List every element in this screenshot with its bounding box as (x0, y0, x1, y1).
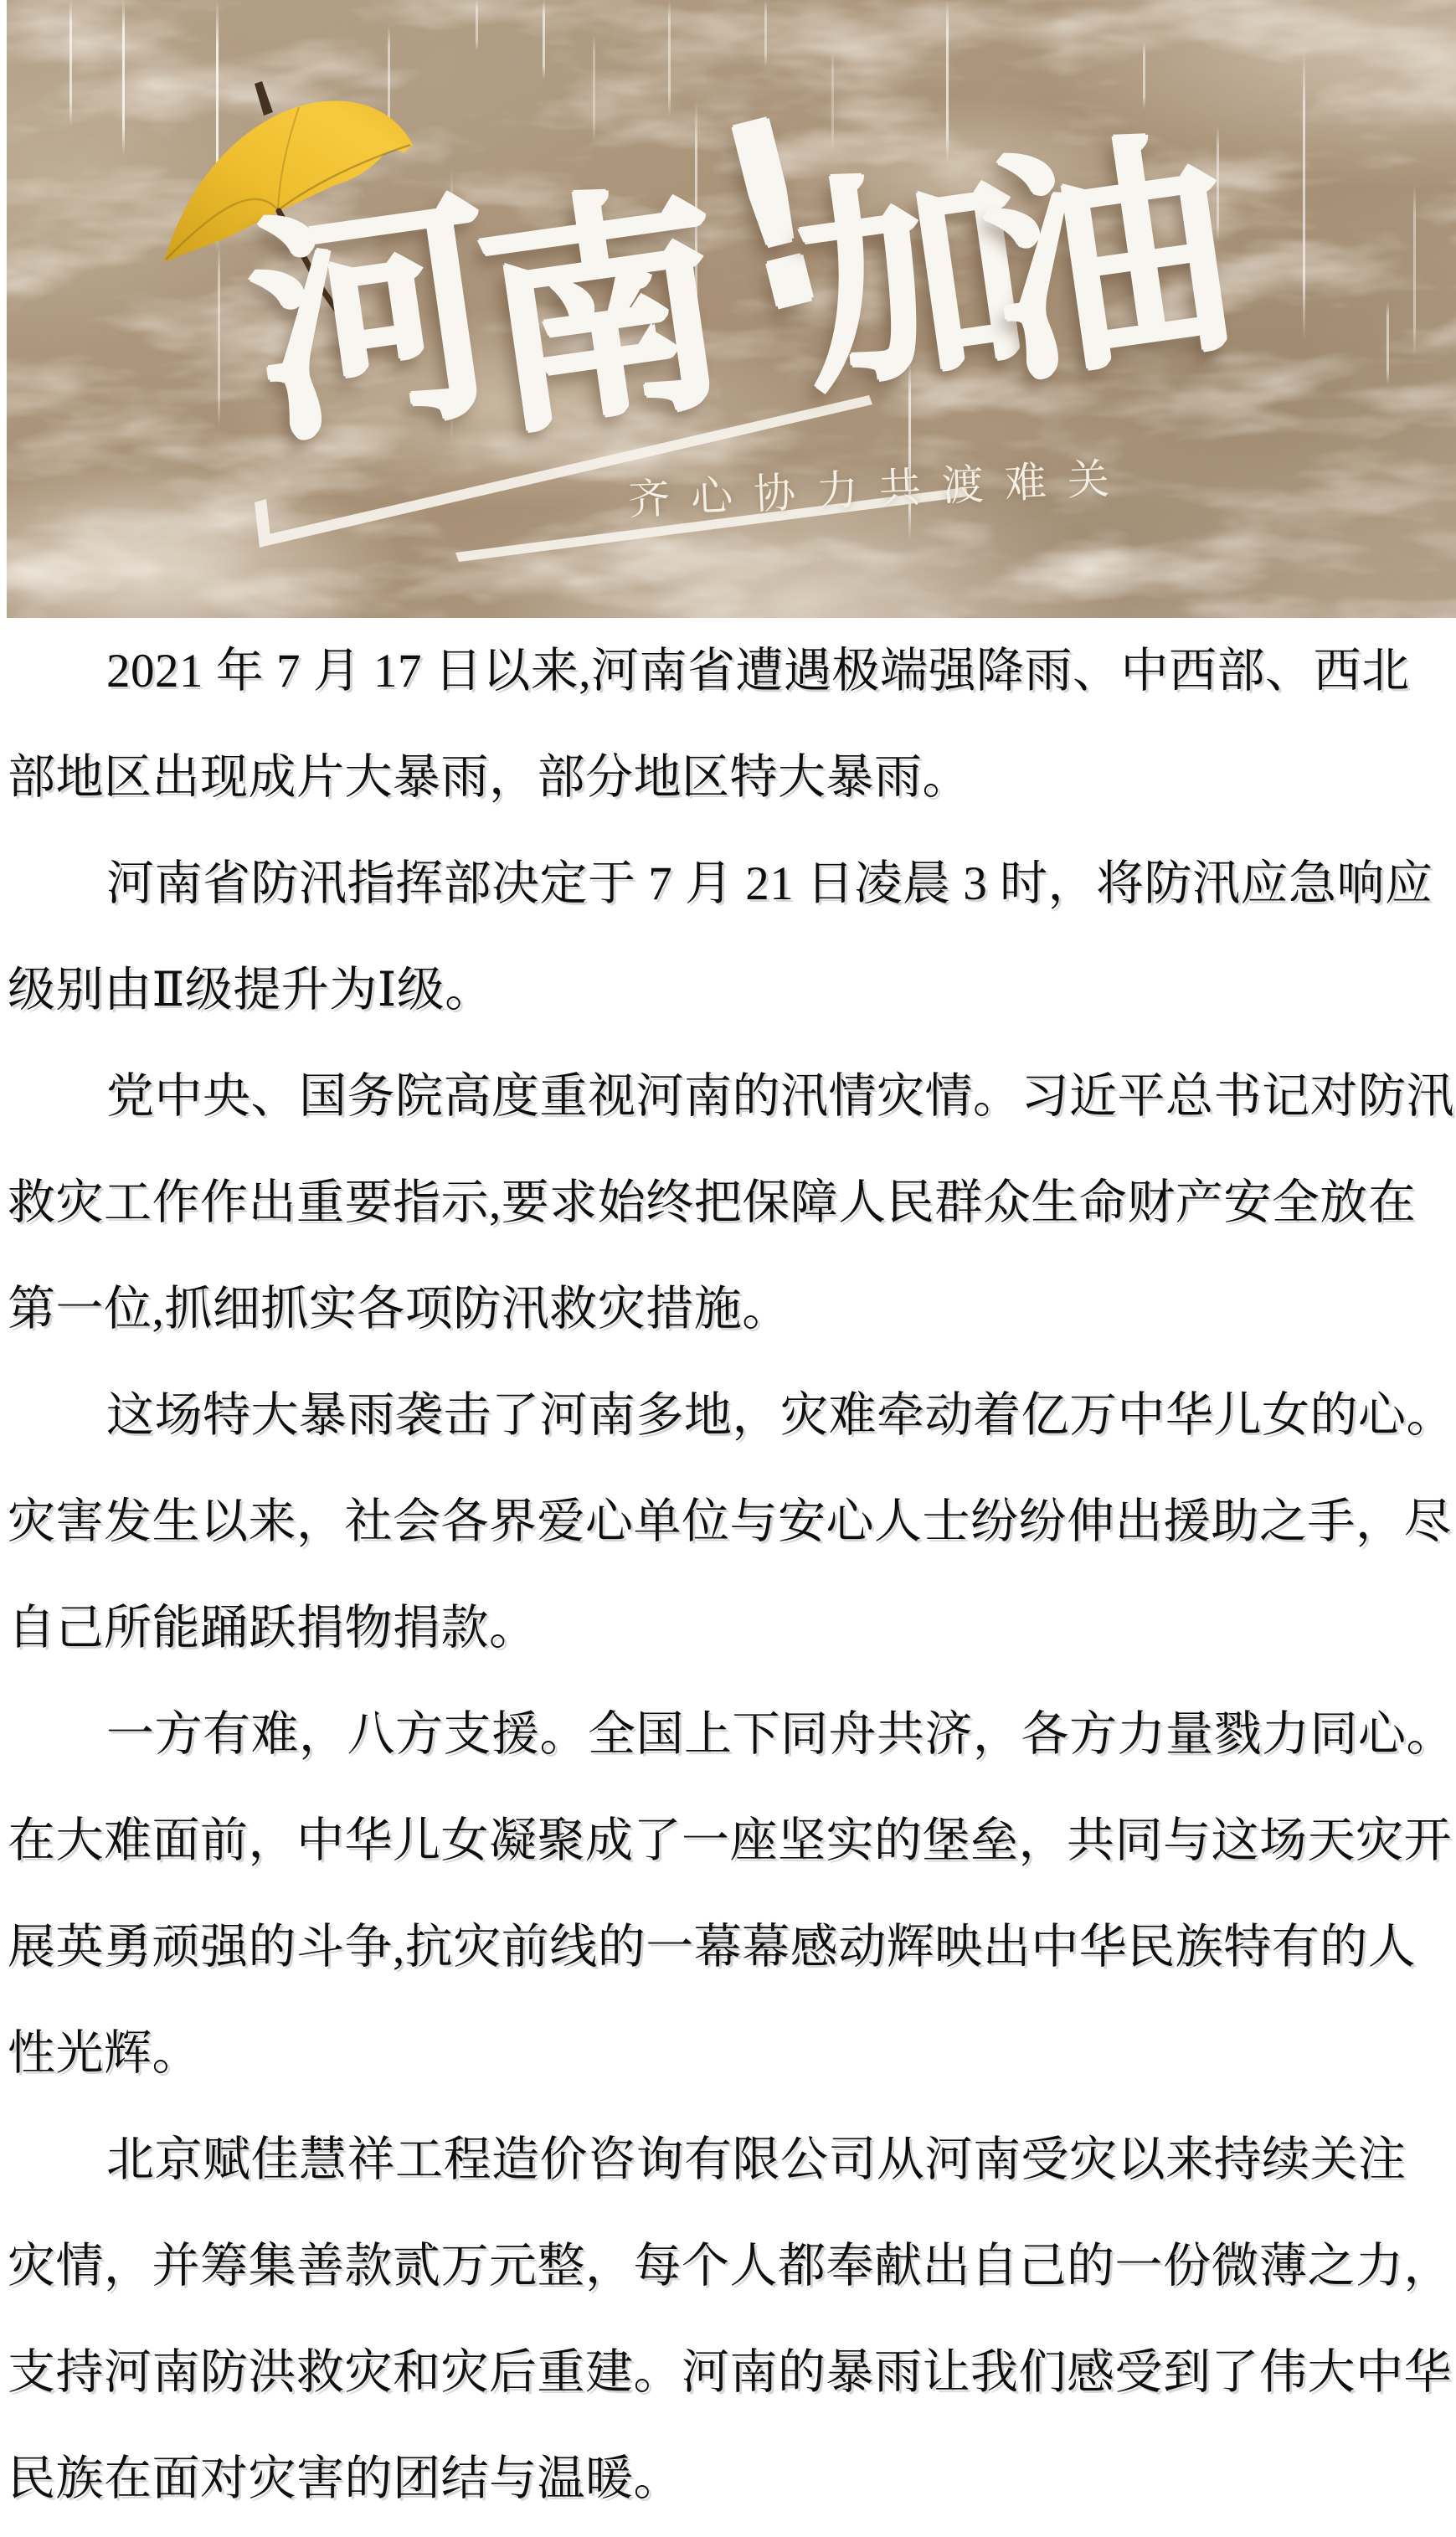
article-line: 河南省防汛指挥部决定于 7 月 21 日凌晨 3 时，将防汛应急响应 (0, 831, 1456, 937)
article-line: 自己所能踊跃捐物捐款。 (0, 1575, 1456, 1681)
article-body: 2021 年 7 月 17 日以来,河南省遭遇极端强降雨、中西部、西北部地区出现… (0, 618, 1456, 2532)
paragraph: 北京赋佳慧祥工程造价咨询有限公司从河南受灾以来持续关注灾情，并筹集善款贰万元整，… (0, 2107, 1456, 2532)
paragraph: 河南省防汛指挥部决定于 7 月 21 日凌晨 3 时，将防汛应急响应级别由Ⅱ级提… (0, 831, 1456, 1043)
banner-title-char: 南 (466, 177, 738, 449)
article-line: 一方有难，八方支援。全国上下同舟共济，各方力量戮力同心。 (0, 1681, 1456, 1788)
article-line: 在大难面前，中华儿女凝聚成了一座坚实的堡垒，共同与这场天灾开 (0, 1788, 1456, 1894)
flood-poster-banner: 河南!加油 齐心协力共渡难关 (7, 0, 1456, 618)
article-line: 救灾工作作出重要指示,要求始终把保障人民群众生命财产安全放在 (0, 1150, 1456, 1256)
banner-title-char: 油 (972, 125, 1244, 397)
article-line: 第一位,抓细抓实各项防汛救灾措施。 (0, 1256, 1456, 1362)
banner-title: 河南!加油 (7, 0, 1456, 618)
article-line: 灾害发生以来，社会各界爱心单位与安心人士纷纷伸出援助之手，尽 (0, 1469, 1456, 1575)
article-line: 党中央、国务院高度重视河南的汛情灾情。习近平总书记对防汛 (0, 1043, 1456, 1150)
article-line: 级别由Ⅱ级提升为Ⅰ级。 (0, 937, 1456, 1043)
article-line: 北京赋佳慧祥工程造价咨询有限公司从河南受灾以来持续关注 (0, 2107, 1456, 2213)
paragraph: 一方有难，八方支援。全国上下同舟共济，各方力量戮力同心。在大难面前，中华儿女凝聚… (0, 1681, 1456, 2107)
article-line: 展英勇顽强的斗争,抗灾前线的一幕幕感动辉映出中华民族特有的人 (0, 1894, 1456, 2000)
paragraph: 党中央、国务院高度重视河南的汛情灾情。习近平总书记对防汛救灾工作作出重要指示,要… (0, 1043, 1456, 1362)
paragraph: 2021 年 7 月 17 日以来,河南省遭遇极端强降雨、中西部、西北部地区出现… (0, 618, 1456, 831)
article-line: 这场特大暴雨袭击了河南多地，灾难牵动着亿万中华儿女的心。 (0, 1362, 1456, 1469)
paragraph: 这场特大暴雨袭击了河南多地，灾难牵动着亿万中华儿女的心。灾害发生以来，社会各界爱… (0, 1362, 1456, 1681)
article-line: 支持河南防洪救灾和灾后重建。河南的暴雨让我们感受到了伟大中华 (0, 2319, 1456, 2426)
article-line: 民族在面对灾害的团结与温暖。 (0, 2426, 1456, 2532)
article-line: 性光辉。 (0, 2000, 1456, 2107)
article-line: 灾情，并筹集善款贰万元整，每个人都奉献出自己的一份微薄之力， (0, 2213, 1456, 2319)
article-line: 部地区出现成片大暴雨，部分地区特大暴雨。 (0, 724, 1456, 831)
article-line: 2021 年 7 月 17 日以来,河南省遭遇极端强降雨、中西部、西北 (0, 618, 1456, 724)
